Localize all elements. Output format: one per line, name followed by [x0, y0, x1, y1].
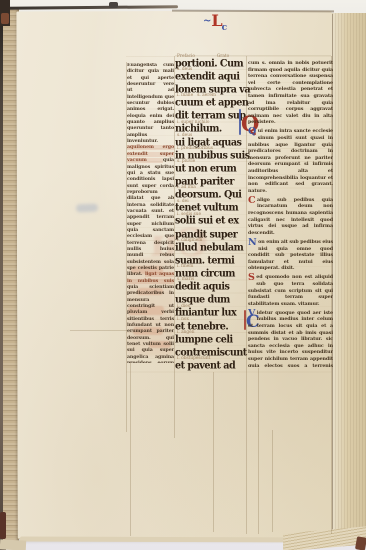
gloss-text: aligo sub pedibus quia incarnatum deum n…	[248, 197, 333, 236]
bible-text: contremiscunt	[175, 349, 245, 358]
bible-text: nichilum.	[175, 125, 245, 134]
bible-text: et tenebre.	[175, 323, 245, 332]
text-line: contremiscunt	[175, 344, 245, 357]
ruling-line-vertical	[258, 368, 259, 534]
text-line: pandit super	[175, 226, 245, 239]
bible-text: et pavent ad	[175, 362, 245, 371]
bible-text: illud nebulam	[175, 244, 245, 253]
text-line: dit terram sup	[175, 108, 245, 121]
text-line: s. pluvieut non erum	[175, 160, 245, 173]
text-line: s. marisdedit aquis	[175, 278, 245, 291]
gloss-paragraph: Qui enim intra sancte ecclesie sinum pos…	[248, 128, 333, 194]
gloss-paragraph: Sed quomodo non est aliquid sub quo terr…	[248, 274, 333, 307]
gloss-segment: quia scientiam predicatoribus in mensura…	[127, 285, 174, 363]
paragraph-initial: Q	[248, 128, 256, 135]
text-line: i. inane s. aeremcuum et appen	[175, 94, 245, 107]
text-line: i. diesfiniantur lux	[175, 305, 245, 318]
bible-text: cuum et appen	[175, 99, 245, 108]
bottom-right-board-corner	[355, 536, 366, 550]
text-line: suam. termi	[175, 252, 245, 265]
paragraph-initial: S	[248, 274, 255, 281]
manuscript-photo: Cu ~Lc Euangelista cum dicitur quia mali…	[0, 0, 366, 550]
bible-text: usque dum	[175, 296, 245, 305]
text-line: i. angelilumpne celi	[175, 331, 245, 344]
text-line: i. caliginemillud nebulam	[175, 239, 245, 252]
ink-showthrough-smudge	[76, 204, 98, 213]
fore-edge-page-stack	[332, 13, 366, 543]
gloss-paragraph: Non enim ait sub pedibus eius nisi quia …	[248, 239, 333, 272]
bible-text-column: Prefacio Gratoportioni. Cum s. deusexten…	[175, 55, 245, 373]
paragraph-initial: C	[248, 197, 255, 204]
gloss-text: Euangelista cum dicitur quia mali et qui…	[127, 63, 174, 363]
bible-text: num circum	[175, 270, 245, 279]
text-line: i. super nichilonichilum.	[175, 121, 245, 134]
gloss-text: ui enim intra sancte ecclesie sinum posi…	[248, 128, 333, 193]
ruling-line-vertical	[272, 430, 273, 532]
gloss-text: on enim ait sub pedibus eius nisi quia o…	[248, 239, 333, 271]
gloss-text: ed quomodo non est aliquid sub quo terra…	[248, 274, 333, 306]
text-line: pant pariter	[175, 173, 245, 186]
text-line: i. noxet tenebre.	[175, 318, 245, 331]
bible-text: ui ligat aquas	[175, 139, 245, 148]
text-line: lonem supra va	[175, 81, 245, 94]
bible-text: pant pariter	[175, 178, 245, 187]
ruling-line-horizontal	[70, 330, 127, 331]
gloss-paragraph: Caligo sub pedibus quia incarnatum deum …	[248, 197, 333, 237]
ruling-line-vertical	[213, 372, 214, 532]
gloss-text: cum s. omnia in nobis potuerit firmam qu…	[248, 60, 333, 125]
text-line: i. obstupescuntet pavent ad	[175, 357, 245, 370]
text-line: i. finemnum circum	[175, 265, 245, 278]
gloss-segment: Euangelista cum dicitur quia mali et qui…	[127, 63, 174, 144]
ruling-line-vertical	[130, 362, 131, 536]
bible-text: extendit aqui	[175, 73, 245, 82]
bible-text: deorsum. Qui	[175, 191, 245, 200]
bible-text: lumpne celi	[175, 336, 245, 345]
bottom-left-page-stack	[0, 539, 26, 550]
bible-text: tenet vultum	[175, 204, 245, 213]
bottom-left-board-spot	[0, 512, 6, 539]
bible-text: lonem supra va	[175, 86, 245, 95]
text-line: Prefacio Gratoportioni. Cum	[175, 55, 245, 68]
gloss-paragraph: cum s. omnia in nobis potuerit firmam qu…	[248, 60, 333, 126]
gloss-paragraph: Videtur quoque quod aer iste nubilus med…	[248, 310, 333, 367]
text-line: i. predicatoribusin nubibus suis	[175, 147, 245, 160]
paragraph-initial: N	[248, 239, 257, 246]
left-gloss-column: Euangelista cum dicitur quia mali et qui…	[127, 63, 174, 363]
running-title-mark: c	[222, 23, 227, 33]
gloss-segment: quia malignos spiritus qui a statu sue c…	[127, 158, 174, 277]
text-line: s. deusextendit aqui	[175, 68, 245, 81]
bible-text: ut non erum	[175, 165, 245, 174]
bible-text: dit terram sup	[175, 112, 245, 121]
bible-text: dedit aquis	[175, 283, 245, 292]
gloss-text: idetur quoque quod aer iste nubilus medi…	[248, 310, 333, 367]
text-line: s. deusui ligat aquas	[175, 134, 245, 147]
text-line: usque dum	[175, 292, 245, 305]
right-gloss-column: cum s. omnia in nobis potuerit firmam qu…	[248, 60, 333, 367]
book-top-edge	[6, 5, 178, 10]
running-title-letter: L	[211, 11, 221, 30]
text-line: i. sedis suesolii sui et ex	[175, 213, 245, 226]
bible-text: in nubibus suis	[175, 152, 245, 161]
bible-text: solii sui et ex	[175, 217, 245, 226]
running-title: ~Lc	[203, 11, 249, 35]
binding-clasp-remnant	[109, 2, 118, 8]
paragraph-initial: V	[248, 310, 255, 317]
leather-corner-spot	[1, 13, 9, 24]
bible-text: finiantur lux	[175, 309, 245, 318]
bible-text: pandit super	[175, 231, 245, 240]
pen-flourish	[239, 109, 241, 135]
text-line: i. ad imadeorsum. Qui	[175, 186, 245, 199]
bible-text: portioni. Cum	[175, 60, 245, 69]
text-line: s. deitenet vultum	[175, 200, 245, 213]
bible-text: suam. termi	[175, 257, 245, 266]
pen-flourish	[244, 310, 246, 330]
